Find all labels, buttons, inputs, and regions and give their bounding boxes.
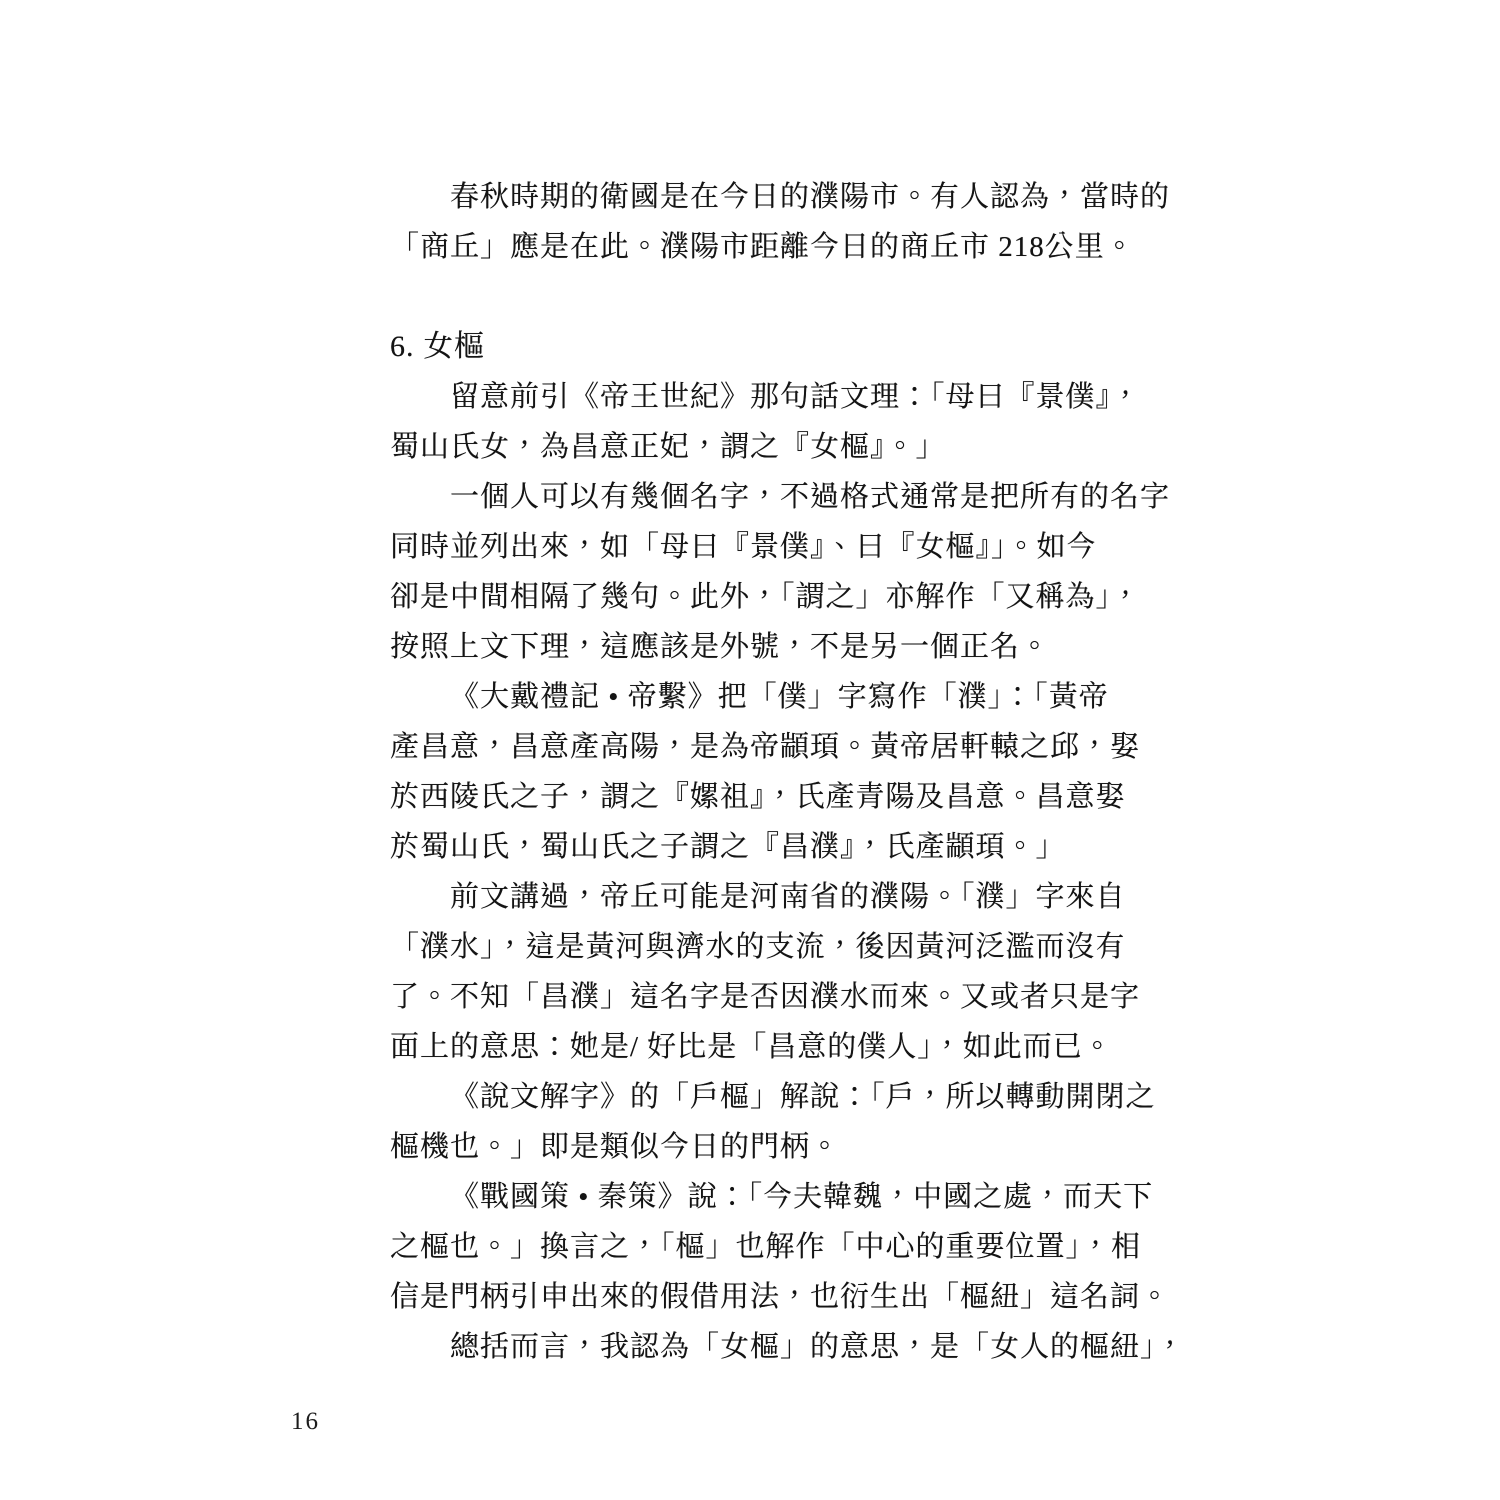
paragraph-line: 按照上文下理，這應該是外號，不是另一個正名。 (390, 622, 1114, 672)
paragraph-line: 信是門柄引申出來的假借用法，也衍生出「樞紐」這名詞。 (390, 1272, 1114, 1322)
paragraph-line: 卻是中間相隔了幾句。此外，「謂之」亦解作「又稱為」， (390, 572, 1114, 622)
paragraph-line: 產昌意，昌意產高陽，是為帝顓頊。黃帝居軒轅之邱，娶 (390, 722, 1114, 772)
paragraph-line: 「濮水」，這是黃河與濟水的支流，後因黃河泛濫而沒有 (390, 922, 1114, 972)
text-block: 春秋時期的衛國是在今日的濮陽市。有人認為，當時的 「商丘」應是在此。濮陽市距離今… (390, 172, 1114, 1372)
paragraph-line: 樞機也。」即是類似今日的門柄。 (390, 1122, 1114, 1172)
paragraph-line: 《大戴禮記 • 帝繫》把「僕」字寫作「濮」：「黃帝 (390, 672, 1114, 722)
paragraph-line: 前文講過，帝丘可能是河南省的濮陽。「濮」字來自 (390, 872, 1114, 922)
paragraph-line: 「商丘」應是在此。濮陽市距離今日的商丘市 218公里。 (390, 222, 1114, 272)
paragraph-line: 一個人可以有幾個名字，不過格式通常是把所有的名字 (390, 472, 1114, 522)
paragraph-line: 於西陵氏之子，謂之『嫘祖』，氏產青陽及昌意。昌意娶 (390, 772, 1114, 822)
paragraph-line: 《說文解字》的「戶樞」解說：「戶，所以轉動開閉之 (390, 1072, 1114, 1122)
paragraph-line: 於蜀山氏，蜀山氏之子謂之『昌濮』，氏產顓頊。」 (390, 822, 1114, 872)
section-heading: 6. 女樞 (390, 322, 1114, 372)
paragraph-line: 了。不知「昌濮」這名字是否因濮水而來。又或者只是字 (390, 972, 1114, 1022)
paragraph-line: 之樞也。」換言之，「樞」也解作「中心的重要位置」，相 (390, 1222, 1114, 1272)
paragraph-line: 總括而言，我認為「女樞」的意思，是「女人的樞紐」， (390, 1322, 1114, 1372)
paragraph-line: 春秋時期的衛國是在今日的濮陽市。有人認為，當時的 (390, 172, 1114, 222)
paragraph-line: 蜀山氏女，為昌意正妃，謂之『女樞』。」 (390, 422, 1114, 472)
page-number: 16 (291, 1406, 320, 1438)
paragraph-line: 留意前引《帝王世紀》那句話文理：「母曰『景僕』， (390, 372, 1114, 422)
paragraph-line: 面上的意思：她是/ 好比是「昌意的僕人」，如此而已。 (390, 1022, 1114, 1072)
paragraph-line: 同時並列出來，如「母曰『景僕』、曰『女樞』」。如今 (390, 522, 1114, 572)
paragraph-line: 《戰國策 • 秦策》說：「今夫韓魏，中國之處，而天下 (390, 1172, 1114, 1222)
book-page: 春秋時期的衛國是在今日的濮陽市。有人認為，當時的 「商丘」應是在此。濮陽市距離今… (0, 0, 1500, 1500)
